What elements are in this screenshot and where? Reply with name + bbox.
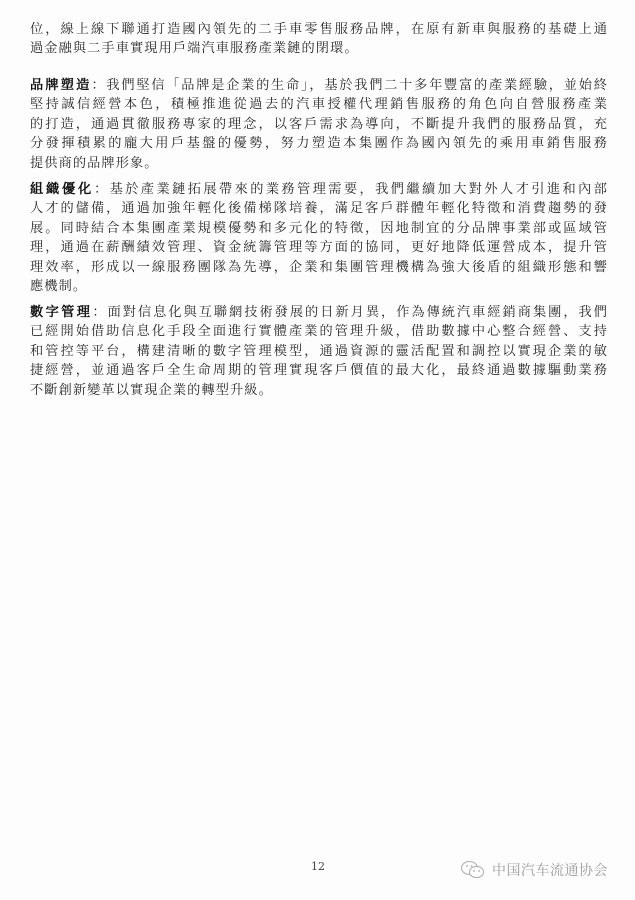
watermark: 中国汽车流通协会 [460,860,608,880]
text-line: 理效率，形成以一線服務團隊為先導，企業和集團管理機構為強大後盾的組織形態和響 [30,258,608,277]
text-line: 不斷創新變革以實現企業的轉型升級。 [30,381,608,400]
text-line: 展。同時結合本集團產業規模優勢和多元化的特徵，因地制宜的分品牌事業部或區域管 [30,219,608,238]
text-line: 位，線上線下聯通打造國內領先的二手車零售服務品牌，在原有新車與服務的基礎上通 [30,20,608,39]
text-line: 的打造，通過貫徹服務專家的理念，以客戶需求為導向，不斷提升我們的服務品質，充 [30,115,608,134]
paragraph-digital-management: 數字管理：面對信息化與互聯網技術發展的日新月異，作為傳統汽車經銷商集團，我們 已… [30,303,608,400]
text-line: 過金融與二手車實現用戶端汽車服務產業鏈的閉環。 [30,39,608,58]
text-line: 分發揮積累的龐大用戶基盤的優勢，努力塑造本集團作為國內領先的乘用車銷售服務 [30,134,608,153]
wechat-icon [460,860,486,880]
text-line: 品牌塑造：我們堅信「品牌是企業的生命」，基於我們二十多年豐富的產業經驗，並始終 [30,76,608,95]
text-line: 人才的儲備，通過加強年輕化後備梯隊培養，滿足客戶群體年輕化特徵和消費趨勢的發 [30,199,608,218]
paragraph-brand-building: 品牌塑造：我們堅信「品牌是企業的生命」，基於我們二十多年豐富的產業經驗，並始終 … [30,76,608,173]
text-line: 和管控等平台，構建清晰的數字管理模型，通過資源的靈活配置和調控以實現企業的敏 [30,342,608,361]
paragraph-heading: 品牌塑造 [30,78,91,93]
text-line: 應機制。 [30,277,608,296]
text-line: 堅持誠信經營本色，積極推進從過去的汽車授權代理銷售服務的角色向自營服務產業 [30,95,608,114]
text-line: 理，通過在薪酬績效管理、資金統籌管理等方面的協同，更好地降低運營成本，提升管 [30,238,608,257]
text-line: 數字管理：面對信息化與互聯網技術發展的日新月異，作為傳統汽車經銷商集團，我們 [30,303,608,322]
page-number: 12 [311,860,325,873]
paragraph-organization-optimization: 組織優化：基於產業鏈拓展帶來的業務管理需要，我們繼續加大對外人才引進和內部 人才… [30,180,608,296]
text-line: 捷經營，並通過客戶全生命周期的管理實現客戶價值的最大化，最終通過數據驅動業務 [30,361,608,380]
watermark-text: 中国汽车流通协会 [492,860,608,880]
paragraph-intro-continuation: 位，線上線下聯通打造國內領先的二手車零售服務品牌，在原有新車與服務的基礎上通 過… [30,20,608,59]
text-line: 組織優化：基於產業鏈拓展帶來的業務管理需要，我們繼續加大對外人才引進和內部 [30,180,608,199]
paragraph-heading: 數字管理 [30,305,92,320]
text-line: 已經開始借助信息化手段全面進行實體產業的管理升級，借助數據中心整合經營、支持 [30,322,608,341]
text-line: 提供商的品牌形象。 [30,154,608,173]
paragraph-heading: 組織優化 [30,182,94,197]
